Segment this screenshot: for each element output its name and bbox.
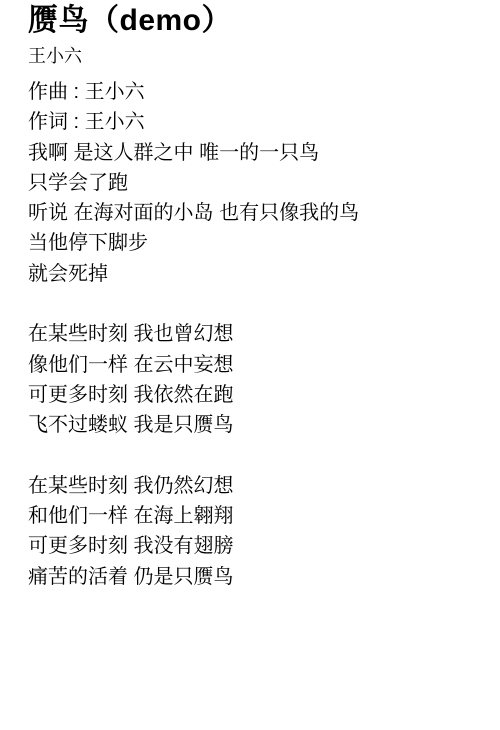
lyric-line: 听说 在海对面的小岛 也有只像我的鸟 [28,198,490,228]
lyric-line: 可更多时刻 我没有翅膀 [28,531,490,561]
lyric-line-blank [28,441,490,471]
artist-name: 王小六 [28,44,490,68]
lyrics-page: 赝鸟（demo） 王小六 作曲 : 王小六 作词 : 王小六 我啊 是这人群之中… [0,0,500,592]
lyric-line: 和他们一样 在海上翱翔 [28,501,490,531]
lyric-line-blank [28,289,490,319]
lyric-line: 可更多时刻 我依然在跑 [28,380,490,410]
lyric-line: 只学会了跑 [28,168,490,198]
lyric-line: 痛苦的活着 仍是只赝鸟 [28,562,490,592]
lyric-line: 作曲 : 王小六 [28,77,490,107]
lyric-line: 在某些时刻 我仍然幻想 [28,471,490,501]
page-title: 赝鸟（demo） [28,2,490,40]
lyric-line: 在某些时刻 我也曾幻想 [28,319,490,349]
lyric-line: 我啊 是这人群之中 唯一的一只鸟 [28,138,490,168]
lyric-line: 当他停下脚步 [28,228,490,258]
lyric-line: 飞不过蝼蚁 我是只赝鸟 [28,410,490,440]
lyric-line: 就会死掉 [28,259,490,289]
lyrics-block: 作曲 : 王小六 作词 : 王小六 我啊 是这人群之中 唯一的一只鸟 只学会了跑… [28,77,490,592]
lyric-line: 作词 : 王小六 [28,107,490,137]
lyric-line: 像他们一样 在云中妄想 [28,350,490,380]
